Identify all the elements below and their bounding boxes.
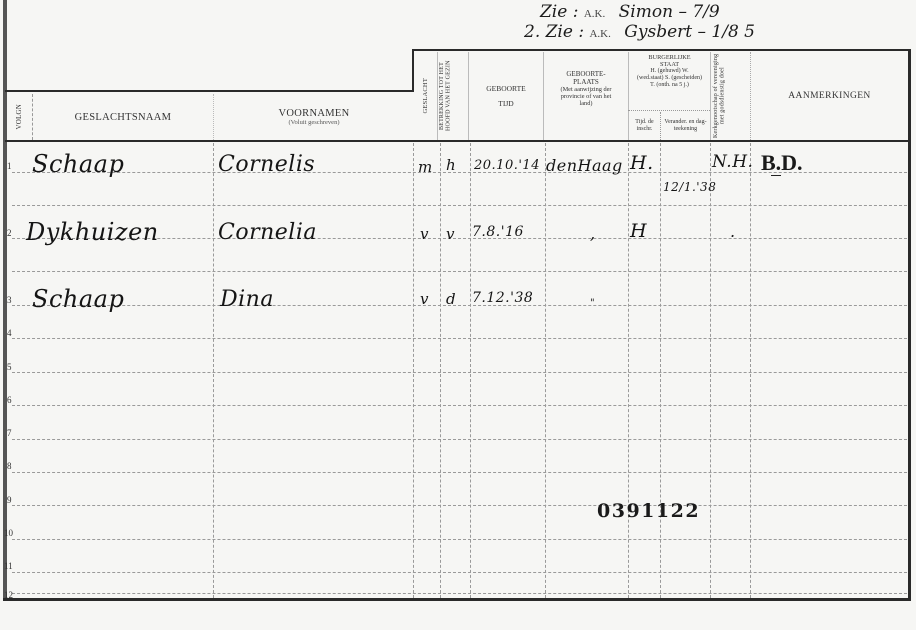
header-aanmerkingen: AANMERKINGEN <box>751 52 908 140</box>
header-geslacht: GESLACHT <box>414 52 436 140</box>
row-number: 1 <box>7 161 12 171</box>
row-number: 3 <box>7 295 12 305</box>
row-line <box>12 472 907 473</box>
note-ref: A.K. <box>584 8 605 20</box>
column-divider <box>470 143 471 598</box>
frame-bottom-border <box>3 598 911 601</box>
cell-geslacht: m <box>418 158 433 176</box>
note-ref: A.K. <box>589 28 610 40</box>
cell-kerkgenootschap: . <box>730 222 736 241</box>
header-geboorteplaats: GEBOORTE- PLAATS (Met aanwijzing der pro… <box>544 52 628 140</box>
note-date: – 1/8 5 <box>698 22 755 42</box>
row-line <box>12 205 907 206</box>
aanmerkingen-underline <box>771 175 781 176</box>
row-line <box>12 505 907 506</box>
cell-kerkgenootschap: N.H. <box>712 152 753 172</box>
cross-reference-note-1: Zie : A.K. Simon – 7/9 <box>540 2 720 22</box>
header-betrekking: BETREKKING TOT HET HOOFD VAN HET GEZIN <box>438 52 468 140</box>
note-name: Gysbert <box>624 22 692 42</box>
cell-voornamen: Dina <box>220 287 274 312</box>
row-number: 2 <box>7 228 12 238</box>
column-divider <box>213 143 214 598</box>
row-number: 4 <box>7 328 12 338</box>
cell-geslachtsnaam: Schaap <box>32 150 124 178</box>
cell-burgerlijke-staat: H <box>630 220 647 242</box>
stamp-number: 0391122 <box>597 500 700 522</box>
cell-betrekking: h <box>446 156 456 174</box>
row-line <box>12 539 907 540</box>
row-number: 6 <box>7 395 12 405</box>
cell-geboortetijd: 20.10.'14 <box>474 158 540 173</box>
cross-reference-note-2: 2. Zie : A.K. Gysbert – 1/8 5 <box>524 22 755 42</box>
note-prefix: Zie : <box>540 2 578 22</box>
cell-geslacht: v <box>420 225 429 243</box>
row-number: 9 <box>7 495 12 505</box>
frame-right-border <box>908 49 911 601</box>
column-divider <box>440 143 441 598</box>
header-tijd-inschrijving: Tijd. de inschr. <box>629 111 660 140</box>
row-line <box>12 593 907 594</box>
header-voornamen: VOORNAMEN (Voluit geschreven) <box>214 94 414 140</box>
row-number: 11 <box>4 561 13 571</box>
note-prefix: 2. Zie : <box>524 22 584 42</box>
note-date: – 7/9 <box>678 2 719 22</box>
header-kerkgenootschap: Kerkgenootschap of vereeniging met godsd… <box>711 52 750 140</box>
cell-geboortetijd: 7.12.'38 <box>472 290 533 306</box>
header-bottom-border <box>5 140 910 142</box>
row-number: 8 <box>7 461 12 471</box>
header-verandering: Verander. en dag-teekening <box>661 111 710 140</box>
row-line <box>12 338 907 339</box>
cell-geboortetijd: 7.8.'16 <box>472 224 524 240</box>
column-divider <box>660 143 661 598</box>
cell-burgerlijke-staat: H. <box>630 152 654 174</box>
note-name: Simon <box>619 2 673 22</box>
frame-top-left-border <box>5 90 414 92</box>
row-line <box>12 271 907 272</box>
column-divider <box>710 143 711 598</box>
header-geslachtsnaam: GESLACHTSNAAM <box>33 94 213 140</box>
cell-voornamen: Cornelis <box>218 152 315 177</box>
cell-geslachtsnaam: Dykhuizen <box>26 218 159 246</box>
cell-voornamen: Cornelia <box>218 220 317 245</box>
cell-betrekking: d <box>446 290 456 308</box>
cell-aanmerkingen: B.D. <box>761 150 803 176</box>
column-divider <box>750 143 751 598</box>
frame-top-right-border <box>412 49 910 51</box>
header-geboortetijd: GEBOORTE TIJD <box>469 52 543 140</box>
cell-geslachtsnaam: Schaap <box>32 285 124 313</box>
cell-geslacht: v <box>420 290 429 308</box>
cell-geboorteplaats: " <box>590 298 595 309</box>
row-line <box>12 572 907 573</box>
header-burgerlijke-staat: BURGERLIJKE STAAT H. (gehuwd) W. (wed.st… <box>629 54 710 110</box>
row-line <box>12 372 907 373</box>
column-divider <box>628 143 629 598</box>
row-line <box>12 405 907 406</box>
row-number: 12 <box>4 590 13 600</box>
cell-geboorteplaats: , <box>590 224 596 243</box>
header-volgn: VOLGN <box>8 94 30 140</box>
row-line <box>12 305 907 306</box>
cell-betrekking: v <box>446 225 455 243</box>
row-number: 10 <box>4 528 13 538</box>
column-divider <box>413 143 414 598</box>
cell-geboorteplaats: denHaag <box>546 156 623 175</box>
cell-verandering: 12/1.'38 <box>663 180 716 194</box>
row-number: 7 <box>7 428 12 438</box>
column-divider <box>545 143 546 598</box>
row-number: 5 <box>7 362 12 372</box>
row-line <box>12 439 907 440</box>
